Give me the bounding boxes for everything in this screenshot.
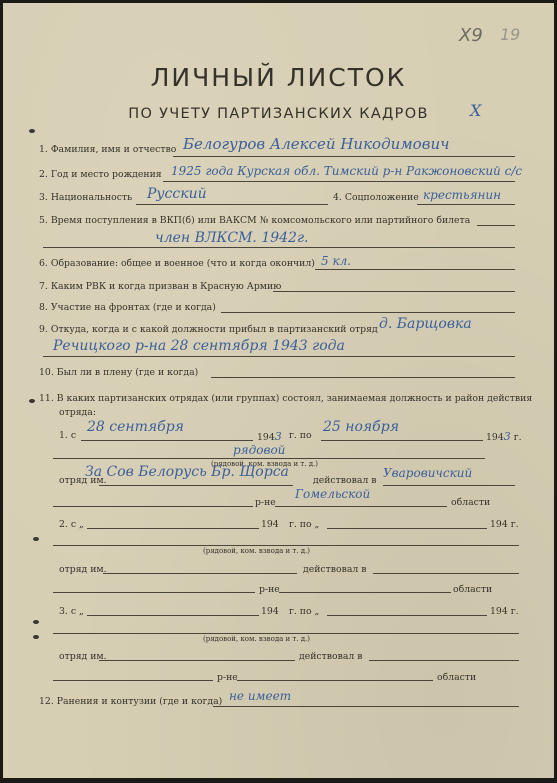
entry-3-position-line	[53, 633, 519, 634]
field-3-label: 3. Национальность	[39, 192, 132, 203]
entry-1-to-line	[321, 440, 483, 441]
entry-3-from-year: 194	[261, 606, 279, 617]
entry-2-district-name-line	[53, 592, 255, 593]
field-2-label: 2. Год и место рождения	[39, 169, 162, 180]
entry-1-from-year-prefix: 194	[257, 432, 275, 443]
entry-2-to-line	[327, 528, 487, 529]
archive-pencil-number-faint: 19	[500, 25, 520, 44]
entry-3-district-label: р-не	[217, 672, 238, 683]
entry-3-region-label: области	[437, 672, 476, 683]
entry-3-to-line	[327, 615, 487, 616]
field-11-label: 11. В каких партизанских отрядах (или гр…	[39, 393, 532, 404]
entry-2-num: 2. с „	[59, 519, 84, 530]
entry-2-to-label: г. по „	[289, 519, 319, 530]
entry-1-to-label: г. по	[289, 430, 312, 441]
entry-3-region-line	[237, 680, 433, 681]
field-9-line	[43, 356, 515, 357]
archive-pencil-number: X9	[459, 25, 483, 46]
field-1-line	[173, 156, 515, 157]
field-7-line	[273, 291, 515, 292]
field-4-line	[417, 204, 515, 205]
entry-3-detachment-line	[99, 660, 295, 661]
field-12-label: 12. Ранения и контузии (где и когда)	[39, 696, 222, 707]
field-1-label: 1. Фамилия, имя и отчество	[39, 144, 176, 155]
entry-3-to-year: 194 г.	[490, 606, 519, 617]
entry-1-position[interactable]: рядовой	[233, 443, 285, 457]
field-12-value[interactable]: не имеет	[229, 689, 291, 703]
entry-2-region-label: области	[453, 584, 492, 595]
entry-1-detachment[interactable]: За Сов Белорусь Бр. Щорса	[85, 464, 289, 480]
entry-2-to-year: 194 г.	[490, 519, 519, 530]
entry-1-from-line	[81, 440, 253, 441]
entry-1-acted-label: действовал в	[313, 475, 376, 486]
field-5-value[interactable]: член ВЛКСМ. 1942г.	[155, 230, 309, 246]
field-6-label: 6. Образование: общее и военное (что и к…	[39, 258, 315, 269]
field-5-line-a	[477, 225, 515, 226]
binding-hole	[29, 399, 35, 403]
entry-1-from-date[interactable]: 28 сентября	[87, 419, 184, 435]
field-4-value[interactable]: крестьянин	[423, 188, 501, 202]
field-12-line	[213, 706, 519, 707]
entry-2-position-line	[53, 545, 519, 546]
entry-3-to-label: г. по „	[289, 606, 319, 617]
field-5-line-b	[43, 247, 515, 248]
entry-1-to-year: 1943 г.	[486, 430, 522, 443]
entry-2-district-label: р-не	[259, 584, 280, 595]
entry-3-from-line	[87, 615, 259, 616]
entry-1-to-year-suffix[interactable]: 3	[504, 430, 511, 443]
field-4-label: 4. Соцположение	[333, 192, 419, 203]
entry-1-region-label: области	[451, 497, 490, 508]
field-3-line	[136, 204, 328, 205]
page-subtitle: ПО УЧЕТУ ПАРТИЗАНСКИХ КАДРОВ	[3, 106, 554, 122]
field-1-value[interactable]: Белогуров Алексей Никодимович	[183, 135, 449, 153]
entry-1-num: 1. с	[59, 430, 76, 441]
binding-hole	[33, 537, 39, 541]
entry-1-district-line	[383, 485, 515, 486]
binding-hole	[33, 635, 39, 639]
entry-2-acted-label: действовал в	[303, 564, 366, 575]
entry-1-to-year-prefix: 194	[486, 432, 504, 443]
entry-3-acted-label: действовал в	[299, 651, 362, 662]
field-3-value[interactable]: Русский	[147, 186, 207, 202]
field-9-label: 9. Откуда, когда и с какой должности при…	[39, 324, 378, 335]
binding-hole	[29, 129, 35, 133]
entry-1-year-unit: г.	[514, 432, 522, 443]
field-9-value-line2[interactable]: Речицкого р-на 28 сентября 1943 года	[53, 338, 345, 354]
entry-3-year-unit: г.	[511, 606, 519, 617]
entry-2-region-line	[279, 592, 451, 593]
field-11-label-cont: отряда:	[59, 407, 96, 418]
entry-1-detachment-line	[99, 485, 293, 486]
field-7-label: 7. Каким РВК и когда призван в Красную А…	[39, 281, 281, 292]
entry-3-district-name-line	[53, 680, 213, 681]
entry-2-to-year-prefix: 194	[490, 519, 508, 530]
entry-2-position-hint: (рядовой, ком. взвода и т. д.)	[203, 547, 310, 555]
page-title: ЛИЧНЫЙ ЛИСТОК	[3, 63, 554, 92]
field-9-value-line1[interactable]: д. Барщовка	[379, 316, 472, 332]
entry-2-detachment-label: отряд им.	[59, 564, 107, 575]
field-8-label: 8. Участие на фронтах (где и когда)	[39, 302, 216, 313]
field-6-value[interactable]: 5 кл.	[321, 254, 351, 268]
entry-3-district-line	[369, 660, 519, 661]
entry-2-from-year: 194	[261, 519, 279, 530]
field-5-label: 5. Время поступления в ВКП(б) или ВАКСМ …	[39, 215, 470, 226]
field-2-line	[163, 181, 515, 182]
entry-1-region[interactable]: Гомельской	[295, 487, 370, 501]
entry-1-from-year: 1943	[257, 430, 282, 443]
personal-record-sheet: X9 19 X ЛИЧНЫЙ ЛИСТОК ПО УЧЕТУ ПАРТИЗАНС…	[3, 3, 554, 778]
field-10-label: 10. Был ли в плену (где и когда)	[39, 367, 198, 378]
entry-3-num: 3. с „	[59, 606, 84, 617]
entry-1-district[interactable]: Уваровичский	[383, 466, 472, 480]
field-8-line	[221, 312, 515, 313]
entry-2-year-unit: г.	[511, 519, 519, 530]
entry-2-detachment-line	[103, 573, 297, 574]
entry-2-from-line	[87, 528, 259, 529]
entry-1-district-label: р-не	[255, 497, 276, 508]
entry-1-from-year-suffix[interactable]: 3	[275, 430, 282, 443]
field-6-line	[315, 269, 515, 270]
entry-1-region-line	[275, 506, 447, 507]
entry-2-district-line	[373, 573, 519, 574]
field-2-value[interactable]: 1925 года Курская обл. Тимский р-н Ракжо…	[171, 164, 522, 178]
entry-1-to-date[interactable]: 25 ноября	[323, 419, 399, 435]
field-10-line	[211, 377, 515, 378]
binding-hole	[33, 620, 39, 624]
entry-1-position-line	[53, 458, 485, 459]
entry-3-to-year-prefix: 194	[490, 606, 508, 617]
entry-1-district-name-line	[53, 506, 253, 507]
entry-3-position-hint: (рядовой, ком. взвода и т. д.)	[203, 635, 310, 643]
